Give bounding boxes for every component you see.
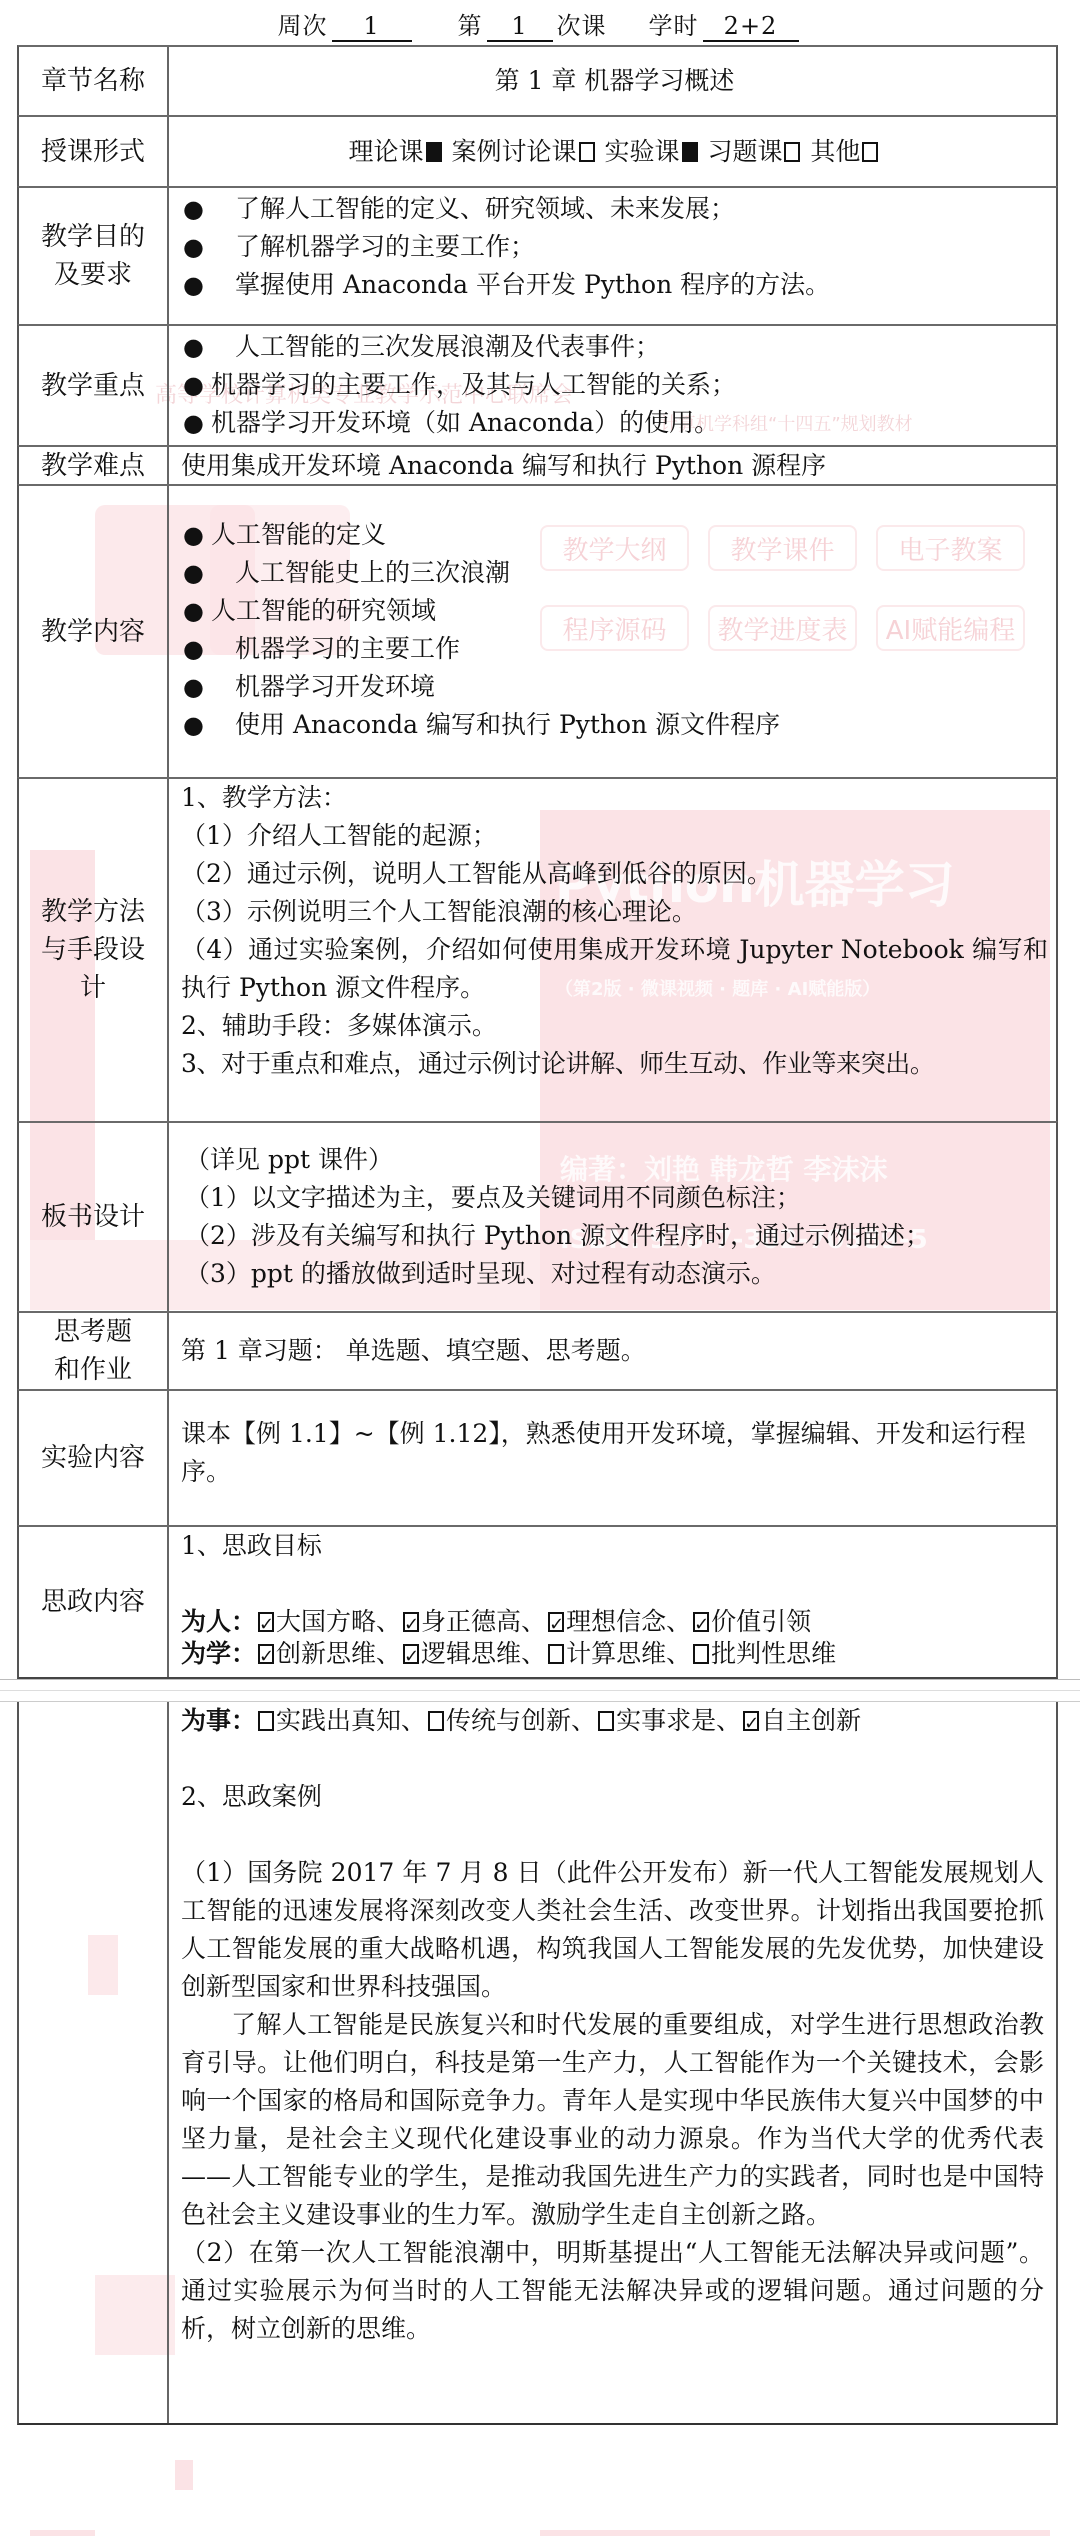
case-1: （1）国务院 2017 年 7 月 8 日（此件公开发布）新一代人工智能发展规划… [181, 1854, 1044, 2006]
bullet-icon: ● [181, 190, 235, 228]
goal-group-work: 为事：实践出真知、传统与创新、实事求是、自主创新 [181, 1702, 1044, 1740]
row-board-design: 板书设计 （详见 ppt 课件） （1）以文字描述为主，要点及关键词用不同颜色标… [17, 1121, 1058, 1311]
lesson-header: 周次1第1次课学时2+2 [0, 6, 1080, 42]
row-chapter: 章节名称 第 1 章 机器学习概述 [17, 45, 1058, 115]
board-line: （3）ppt 的播放做到适时呈现、对过程有动态演示。 [185, 1255, 1048, 1293]
checkbox-empty-icon [862, 142, 878, 162]
list-item: ●机器学习开发环境 [181, 668, 1048, 706]
checkbox-checked-icon[interactable] [548, 1612, 564, 1632]
bullet-icon: ● [181, 404, 211, 442]
bullet-icon: ● [181, 366, 211, 404]
week-value: 1 [332, 12, 412, 42]
method-line: （3）示例说明三个人工智能浪潮的核心理论。 [181, 893, 1048, 931]
cases-title: 2、思政案例 [181, 1778, 1044, 1816]
format-option-other[interactable]: 其他 [810, 133, 880, 171]
checkbox-checked-icon[interactable] [258, 1612, 274, 1632]
ideology-goals: 1、思政目标 为人：大国方略、身正德高、理想信念、价值引领 为学：创新思维、逻辑… [171, 1527, 1056, 1677]
list-item: ●人工智能的三次发展浪潮及代表事件； [181, 328, 1048, 366]
format-option-theory[interactable]: 理论课 [349, 133, 444, 171]
board-line: （详见 ppt 课件） [185, 1141, 1048, 1179]
bullet-icon: ● [181, 328, 235, 366]
row-teaching-content: 教学内容 ●人工智能的定义 ●人工智能史上的三次浪潮 ●人工智能的研究领域 ●机… [17, 484, 1058, 777]
list-item: ●人工智能史上的三次浪潮 [181, 554, 1048, 592]
list-item: ●使用 Anaconda 编写和执行 Python 源文件程序 [181, 706, 1048, 744]
checkbox-empty-icon [579, 142, 595, 162]
row-label: 教学目的 及要求 [19, 188, 169, 324]
checkbox-checked-icon [682, 142, 698, 162]
list-item: ●机器学习的主要工作 [181, 630, 1048, 668]
row-ideology-continued: 为事：实践出真知、传统与创新、实事求是、自主创新 2、思政案例 （1）国务院 2… [17, 1700, 1058, 2425]
checkbox-checked-icon [426, 142, 442, 162]
format-options: 理论课 案例讨论课 实验课 习题课 其他 [171, 117, 1056, 186]
row-label: 思考题 和作业 [19, 1313, 169, 1389]
week-label: 周次 [278, 12, 328, 40]
checkbox-empty-icon[interactable] [258, 1711, 274, 1731]
bullet-icon: ● [181, 668, 235, 706]
goal-group-study: 为学：创新思维、逻辑思维、计算思维、批判性思维 [181, 1635, 1048, 1673]
goals-title: 1、思政目标 [181, 1527, 1048, 1565]
row-ideology: 思政内容 1、思政目标 为人：大国方略、身正德高、理想信念、价值引领 为学：创新… [17, 1525, 1058, 1679]
hours-label: 学时 [649, 12, 699, 40]
method-line: （4）通过实验案例，介绍如何使用集成开发环境 Jupyter Notebook … [181, 931, 1048, 1007]
checkbox-checked-icon[interactable] [403, 1612, 419, 1632]
row-difficulties: 教学难点 使用集成开发环境 Anaconda 编写和执行 Python 源程序 [17, 445, 1058, 484]
method-line: 1、教学方法： [181, 779, 1048, 817]
case-1-note: 了解人工智能是民族复兴和时代发展的重要组成，对学生进行思想政治教育引导。让他们明… [181, 2006, 1044, 2234]
row-label-empty [19, 1702, 169, 2423]
checkbox-checked-icon[interactable] [403, 1644, 419, 1664]
row-lab-content: 实验内容 课本【例 1.1】~【例 1.12】，熟悉使用开发环境，掌握编辑、开发… [17, 1389, 1058, 1525]
row-objectives: 教学目的 及要求 ●了解人工智能的定义、研究领域、未来发展； ●了解机器学习的主… [17, 186, 1058, 324]
row-label: 板书设计 [19, 1123, 169, 1311]
method-line: 2、辅助手段：多媒体演示。 [181, 1007, 1048, 1045]
row-teaching-format: 授课形式 理论课 案例讨论课 实验课 习题课 其他 [17, 115, 1058, 186]
lesson-suffix: 次课 [557, 12, 607, 40]
row-homework: 思考题 和作业 第 1 章习题： 单选题、填空题、思考题。 [17, 1311, 1058, 1389]
bullet-icon: ● [181, 516, 211, 554]
row-label: 教学内容 [19, 486, 169, 777]
bullet-icon: ● [181, 592, 211, 630]
bullet-icon: ● [181, 706, 235, 744]
bullet-icon: ● [181, 554, 235, 592]
list-item: ●机器学习的主要工作，及其与人工智能的关系； [181, 366, 1048, 404]
methods-text: 1、教学方法： （1）介绍人工智能的起源； （2）通过示例，说明人工智能从高峰到… [171, 779, 1056, 1121]
list-item: ●人工智能的定义 [181, 516, 1048, 554]
board-line: （1）以文字描述为主，要点及关键词用不同颜色标注； [185, 1179, 1048, 1217]
list-item: ●机器学习开发环境（如 Anaconda）的使用。 [181, 404, 1048, 442]
chapter-title: 第 1 章 机器学习概述 [171, 47, 1056, 115]
list-item: ●了解人工智能的定义、研究领域、未来发展； [181, 190, 1048, 228]
checkbox-empty-icon[interactable] [428, 1711, 444, 1731]
homework-text: 第 1 章习题： 单选题、填空题、思考题。 [171, 1313, 1056, 1389]
checkbox-empty-icon[interactable] [548, 1644, 564, 1664]
watermark-footer-strip-right [540, 2530, 1050, 2536]
method-line: （2）通过示例，说明人工智能从高峰到低谷的原因。 [181, 855, 1048, 893]
checkbox-empty-icon[interactable] [598, 1711, 614, 1731]
lesson-prefix: 第 [458, 12, 483, 40]
row-label: 授课形式 [19, 117, 169, 186]
content-list: ●人工智能的定义 ●人工智能史上的三次浪潮 ●人工智能的研究领域 ●机器学习的主… [171, 486, 1056, 777]
row-label: 教学重点 [19, 326, 169, 445]
row-label: 教学方法 与手段设 计 [19, 779, 169, 1121]
board-text: （详见 ppt 课件） （1）以文字描述为主，要点及关键词用不同颜色标注； （2… [171, 1123, 1056, 1311]
objectives-list: ●了解人工智能的定义、研究领域、未来发展； ●了解机器学习的主要工作； ●掌握使… [171, 188, 1056, 324]
format-option-lab[interactable]: 实验课 [604, 133, 699, 171]
lab-text: 课本【例 1.1】~【例 1.12】，熟悉使用开发环境，掌握编辑、开发和运行程序… [171, 1391, 1056, 1525]
row-label: 实验内容 [19, 1391, 169, 1525]
list-item: ●了解机器学习的主要工作； [181, 228, 1048, 266]
hours-value: 2+2 [703, 12, 799, 42]
row-key-points: 教学重点 ●人工智能的三次发展浪潮及代表事件； ●机器学习的主要工作，及其与人工… [17, 324, 1058, 445]
checkbox-empty-icon[interactable] [693, 1644, 709, 1664]
bullet-icon: ● [181, 228, 235, 266]
difficulties-text: 使用集成开发环境 Anaconda 编写和执行 Python 源程序 [171, 447, 1056, 484]
board-line: （2）涉及有关编写和执行 Python 源文件程序时，通过示例描述； [185, 1217, 1048, 1255]
format-option-exercise[interactable]: 习题课 [707, 133, 802, 171]
bullet-icon: ● [181, 266, 235, 304]
list-item: ●人工智能的研究领域 [181, 592, 1048, 630]
row-label: 教学难点 [19, 447, 169, 484]
checkbox-checked-icon[interactable] [693, 1612, 709, 1632]
page-break [0, 1679, 1080, 1702]
lesson-value: 1 [487, 12, 553, 42]
case-2: （2）在第一次人工智能浪潮中，明斯基提出“人工智能无法解决异或问题”。通过实验展… [181, 2234, 1044, 2348]
row-methods: 教学方法 与手段设 计 1、教学方法： （1）介绍人工智能的起源； （2）通过示… [17, 777, 1058, 1121]
ideology-cases: 为事：实践出真知、传统与创新、实事求是、自主创新 2、思政案例 （1）国务院 2… [171, 1702, 1056, 2423]
method-line: 3、对于重点和难点，通过示例讨论讲解、师生互动、作业等来突出。 [181, 1045, 1048, 1083]
list-item: ●掌握使用 Anaconda 平台开发 Python 程序的方法。 [181, 266, 1048, 304]
format-option-case-discussion[interactable]: 案例讨论课 [452, 133, 597, 171]
watermark-publisher-logo [175, 2460, 193, 2490]
checkbox-empty-icon [784, 142, 800, 162]
checkbox-checked-icon[interactable] [258, 1644, 274, 1664]
key-points-list: ●人工智能的三次发展浪潮及代表事件； ●机器学习的主要工作，及其与人工智能的关系… [171, 326, 1056, 445]
row-label: 章节名称 [19, 47, 169, 115]
bullet-icon: ● [181, 630, 235, 668]
row-label: 思政内容 [19, 1527, 169, 1677]
checkbox-checked-icon[interactable] [743, 1711, 759, 1731]
method-line: （1）介绍人工智能的起源； [181, 817, 1048, 855]
watermark-footer-strip-left [30, 2530, 95, 2536]
